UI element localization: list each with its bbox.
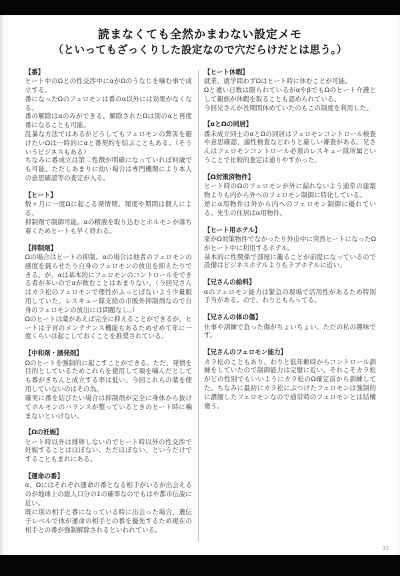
section-heading: 【抑制剤】	[25, 244, 192, 253]
memo-section: 【中和剤・誘発剤】 Ωのヒートを強制的に起こすことができる。ただ、発情を目的とし…	[25, 349, 192, 420]
memo-paragraph: 既に別の相手と番になっている時に出会った場合、遺伝子レベルで体が運命の相手との番…	[25, 508, 192, 534]
memo-paragraph: 数ヶ月に一度Ωに起こる発情期。頻度や期間は個人による。	[25, 200, 192, 218]
memo-section: 【αとΩの同居】 番未成立同士のαとΩの同居はフェロモンコントロール検査や意思確…	[204, 120, 376, 165]
title-block: 読まなくても全然かまわない設定メモ （といってもざっくりした設定なので穴だらけだ…	[0, 27, 400, 57]
section-heading: 【Ω対策済物件】	[204, 173, 376, 182]
memo-paragraph: 乱暴な方法ではあるがどうしてもフェロモンの弊害を避けたいΩは一時的にαと番契約を…	[25, 130, 192, 156]
memo-section: 【Ω対策済物件】 ヒート時のΩのフェロモンが外に漏れないよう通常の建築物よりも内…	[204, 173, 376, 218]
memo-paragraph: 確実に番を結びたい場合は抑制剤が完全に身体から抜けてホルモンのバランスが整ってい…	[25, 394, 192, 420]
memo-paragraph: 抑制剤で制御可能。αの精液を取り込むとホルモンが落ち着くためヒートも早く終わる。	[25, 218, 192, 236]
memo-section: 【抑制剤】 Ωの場合はヒートの抑制。αの場合は他者のフェロモンの感度を鈍らせたり…	[25, 244, 192, 342]
section-body: 家がΩ対策物件でなかったり外出中に突然ヒートになったΩがヒート中に利用するホテル…	[204, 235, 376, 270]
memo-paragraph: 基本的に性関係で部屋に籠ることが前提になっているので設備はビジネスホテルよりもラ…	[204, 253, 376, 271]
section-body: ヒート中のΩとの性交渉中にαがΩのうなじを噛む事で成立する。 番になったΩのフェ…	[25, 77, 192, 183]
memo-section: 【ヒート】 数ヶ月に一度Ωに起こる発情期。頻度や期間は個人による。 抑制剤で制御…	[25, 191, 192, 236]
section-heading: 【番】	[25, 68, 192, 77]
bottom-scan-bar	[0, 555, 400, 576]
section-body: Ωのヒートを強制的に起こすことができる。ただ、発情を目的としているためこれらを使…	[25, 359, 192, 421]
page-subtitle: （といってもざっくりした設定なので穴だらけだとは思う。）	[0, 43, 400, 57]
memo-paragraph: 番の解除はαのみができる。解除されたΩは別のαと再度番になることも可能。	[25, 112, 192, 130]
section-heading: 【αとΩの同居】	[204, 120, 376, 129]
memo-paragraph: 番未成立同士のαとΩの同居はフェロモンコントロール検査や意思確認、適性検査などわ…	[204, 130, 376, 165]
memo-section: 【兄さんのフェロモン能力】 カラ松のこともあり、わりと低年齢時からコントロール訓…	[204, 348, 376, 410]
memo-section: 【兄さんの給料】 αのフェロモン能力は緊急の現場で活用性があるため特別手当がある…	[204, 278, 376, 305]
memo-paragraph: ヒート時のΩのフェロモンが外に漏れないよう通常の建築物よりも内から外へのフェロモ…	[204, 182, 376, 200]
section-body: カラ松のこともあり、わりと低年齢時からコントロール訓練をしていたので制御能力は完…	[204, 358, 376, 411]
memo-paragraph: 就業、就学問わずΩはヒート時に休むことが可能。	[204, 77, 376, 86]
memo-section: 【Ωの妊娠】 ヒート時以外は排卵しないのでヒート時以外の性交渉で妊娠することはほ…	[25, 428, 192, 464]
section-heading: 【兄さんのフェロモン能力】	[204, 348, 376, 357]
memo-paragraph: ちなみに番成立は第二性徴が明確になっていれば何歳でも可能。ただしあまりに幼い場合…	[25, 156, 192, 182]
memo-paragraph: ヒート中のΩとの性交渉中にαがΩのうなじを噛む事で成立する。	[25, 77, 192, 95]
memo-section: 【ヒート休暇】 就業、就学問わずΩはヒート時に休むことが可能。 Ωと違い日数は限…	[204, 68, 376, 113]
right-column: 【ヒート休暇】 就業、就学問わずΩはヒート時に休むことが可能。 Ωと違い日数は限…	[204, 68, 376, 543]
memo-paragraph: 番になったΩのフェロモンは番のα以外には効果がなくなる。	[25, 95, 192, 113]
memo-paragraph: Ωと違い日数は限られているがαやβでもΩのヒート介護として親族が休暇を取ることも…	[204, 86, 376, 104]
memo-paragraph: Ωのヒートを強制的に起こすことができる。ただ、発情を目的としているためこれらを使…	[25, 359, 192, 394]
section-body: 数ヶ月に一度Ωに起こる発情期。頻度や期間は個人による。 抑制剤で制御可能。αの精…	[25, 200, 192, 235]
memo-columns: 【番】 ヒート中のΩとの性交渉中にαがΩのうなじを噛む事で成立する。 番になった…	[25, 68, 380, 543]
memo-paragraph: ヒート時以外は排卵しないのでヒート時以外の性交渉で妊娠することはほぼない。ただほ…	[25, 438, 192, 464]
section-body: ヒート時以外は排卵しないのでヒート時以外の性交渉で妊娠することはほぼない。ただほ…	[25, 438, 192, 464]
memo-section: 【番】 ヒート中のΩとの性交渉中にαがΩのうなじを噛む事で成立する。 番になった…	[25, 68, 192, 183]
section-body: 就業、就学問わずΩはヒート時に休むことが可能。 Ωと違い日数は限られているがαや…	[204, 77, 376, 112]
memo-paragraph: α、Ωにはそれぞれ運命の番となる相手がいるが出会えるのが地球上の総人口分の1の確…	[25, 481, 192, 507]
section-heading: 【兄さんの給料】	[204, 278, 376, 287]
page-paper: 読まなくても全然かまわない設定メモ （といってもざっくりした設定なので穴だらけだ…	[0, 15, 400, 555]
section-heading: 【ヒート用ホテル】	[204, 226, 376, 235]
section-heading: 【運命の番】	[25, 472, 192, 481]
memo-paragraph: αのフェロモン能力は緊急の現場で活用性があるため特別手当がある。ので、わりともら…	[204, 288, 376, 306]
memo-section: 【兄さんの体の傷】 仕事や訓練で負った傷がちょいちょい。ただの私の趣味です。	[204, 313, 376, 340]
page-title: 読まなくても全然かまわない設定メモ	[0, 27, 400, 43]
section-heading: 【Ωの妊娠】	[25, 428, 192, 437]
section-heading: 【ヒート】	[25, 191, 192, 200]
section-heading: 【ヒート休暇】	[204, 68, 376, 77]
memo-section: 【運命の番】 α、Ωにはそれぞれ運命の番となる相手がいるが出会えるのが地球上の総…	[25, 472, 192, 534]
memo-section: 【ヒート用ホテル】 家がΩ対策物件でなかったり外出中に突然ヒートになったΩがヒー…	[204, 226, 376, 271]
memo-paragraph: 逆にα用物件は外から内へのフェロモン制御に優れている。先生の住居はα用物件。	[204, 200, 376, 218]
section-heading: 【中和剤・誘発剤】	[25, 349, 192, 358]
section-body: ヒート時のΩのフェロモンが外に漏れないよう通常の建築物よりも内から外へのフェロモ…	[204, 182, 376, 217]
column-divider-rule	[198, 70, 199, 543]
top-scan-bar	[0, 0, 400, 15]
section-body: α、Ωにはそれぞれ運命の番となる相手がいるが出会えるのが地球上の総人口分の1の確…	[25, 481, 192, 534]
memo-paragraph: 今回兄さんが長期間休めていたのもこの制度を利用した。	[204, 104, 376, 113]
memo-paragraph: Ωの場合はヒートの抑制。αの場合は他者のフェロモンの感度を鈍らせたり自身のフェロ…	[25, 253, 192, 315]
left-column: 【番】 ヒート中のΩとの性交渉中にαがΩのうなじを噛む事で成立する。 番になった…	[25, 68, 192, 543]
section-heading: 【兄さんの体の傷】	[204, 313, 376, 322]
memo-paragraph: 家がΩ対策物件でなかったり外出中に突然ヒートになったΩがヒート中に利用するホテル…	[204, 235, 376, 253]
section-body: 番未成立同士のαとΩの同居はフェロモンコントロール検査や意思確認、適性検査などわ…	[204, 130, 376, 165]
section-body: 仕事や訓練で負った傷がちょいちょい。ただの私の趣味です。	[204, 323, 376, 341]
memo-paragraph: 仕事や訓練で負った傷がちょいちょい。ただの私の趣味です。	[204, 323, 376, 341]
scanned-page: 読まなくても全然かまわない設定メモ （といってもざっくりした設定なので穴だらけだ…	[0, 0, 400, 576]
section-body: Ωの場合はヒートの抑制。αの場合は他者のフェロモンの感度を鈍らせたり自身のフェロ…	[25, 253, 192, 341]
section-body: αのフェロモン能力は緊急の現場で活用性があるため特別手当がある。ので、わりともら…	[204, 288, 376, 306]
memo-paragraph: カラ松のこともあり、わりと低年齢時からコントロール訓練をしていたので制御能力は完…	[204, 358, 376, 411]
page-number: 31	[383, 546, 389, 552]
memo-paragraph: Ωのヒートは薬があえば完全に抑えることができるが、ヒートは子宮のメンテナンス機能…	[25, 315, 192, 341]
